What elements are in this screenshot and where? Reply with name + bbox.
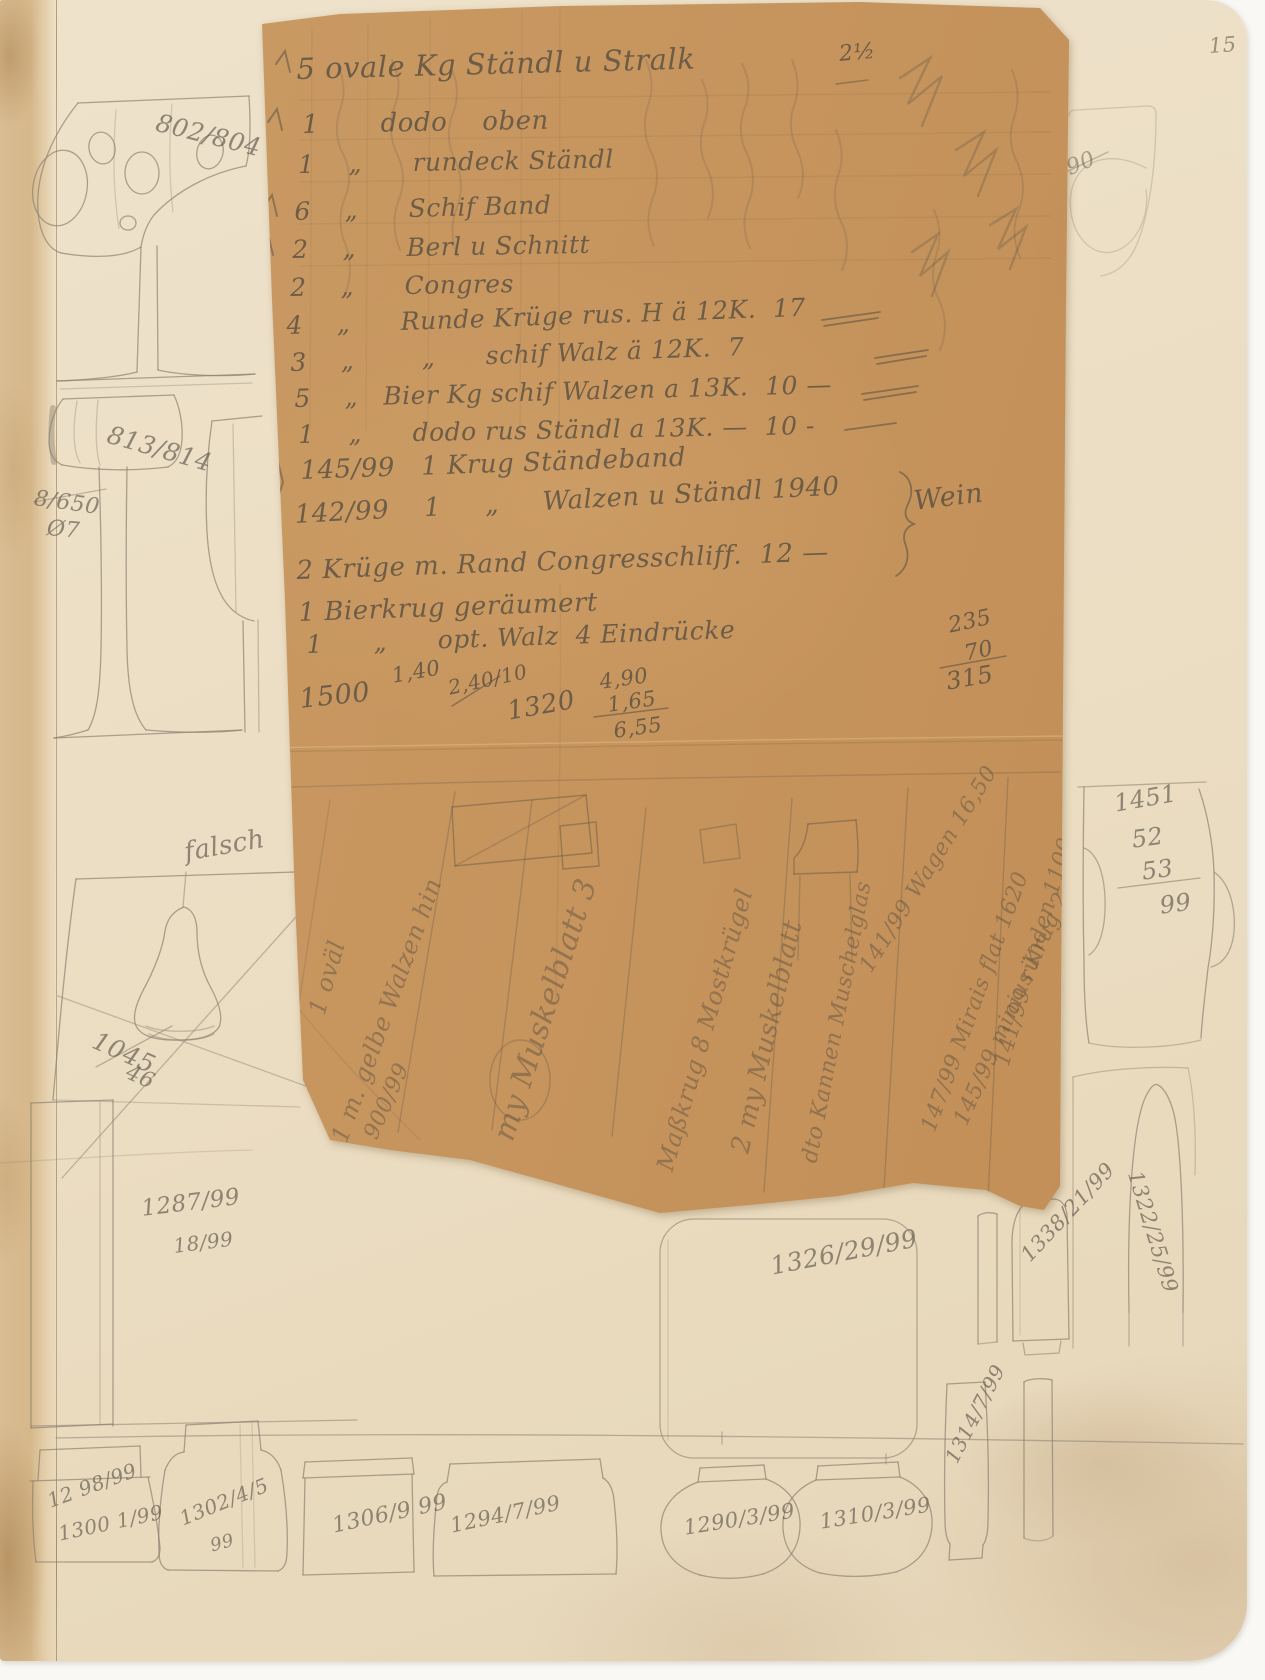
ledger-calc: 1,65 xyxy=(606,686,658,717)
note-sheet-wrap: 5 ovale Kg Ständl u Stralk 2½ 1 dodo obe… xyxy=(0,0,1265,1680)
ledger-line: 5 „ Bier Kg schif Walzen a 13K. 10 — xyxy=(294,370,832,413)
ledger-sum: 235 xyxy=(946,605,994,638)
ledger-line: 2 „ Berl u Schnitt xyxy=(292,230,590,264)
scanned-album-page: 802/804 813/814 8/650 Ø7 falsch 1045 46 … xyxy=(0,0,1265,1680)
ledger-calc: 1500 xyxy=(298,677,372,715)
ledger-title-line: 5 ovale Kg Ständl u Stralk xyxy=(296,42,696,86)
diagonal-note: 1400 xyxy=(270,1109,320,1178)
ledger-calc: 1,40 xyxy=(390,656,442,688)
ledger-line: 6 „ Schif Band xyxy=(294,190,552,226)
ledger-line: 2 „ Congres xyxy=(290,269,514,302)
ledger-line: 1 „ rundeck Ständl xyxy=(298,144,614,179)
diagonal-note: dto Kannen Muschelglas xyxy=(797,879,876,1165)
ledger-calc: 2,40/10 xyxy=(446,659,529,699)
ledger-line: 2 Krüge m. Rand Congresschliff. 12 — xyxy=(296,537,829,586)
ledger-sum: 315 xyxy=(944,660,995,696)
ledger-line: 145/99 1 Krug Ständeband xyxy=(300,443,686,486)
ledger-calc: 1320 xyxy=(505,685,577,726)
wein-label: Wein xyxy=(912,478,985,517)
ledger-calc: 6,55 xyxy=(612,712,664,743)
kraft-note-sheet: 5 ovale Kg Ständl u Stralk 2½ 1 dodo obe… xyxy=(0,0,1265,1680)
ledger-line: 1 „ dodo rus Ständl a 13K. — 10 - xyxy=(298,411,815,449)
kraft-pencil-layer xyxy=(0,0,1265,1680)
diagonal-note: 141/99 Wagen 16,50 xyxy=(855,762,1003,977)
ledger-title-right: 2½ xyxy=(838,39,876,67)
ledger-line: 1 dodo oben xyxy=(302,106,549,140)
diagonal-note: my Muskelblatt 3 xyxy=(487,874,605,1145)
diagonal-note: 1 oväl xyxy=(303,937,351,1018)
ledger-line: 3 „ „ schif Walz ä 12K. 7 xyxy=(290,332,745,377)
